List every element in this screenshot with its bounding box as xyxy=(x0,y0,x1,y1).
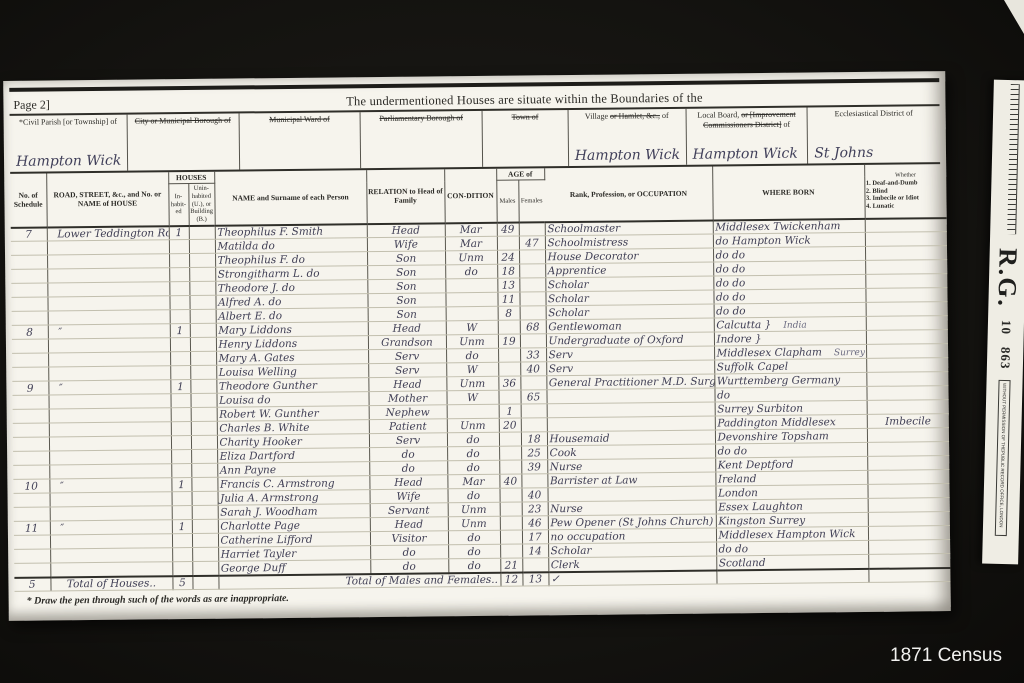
cell-age-male: 8 xyxy=(498,307,520,321)
cell-age-female: 39 xyxy=(521,460,547,474)
cell-inhabited xyxy=(169,240,189,254)
cell-schedule-no xyxy=(11,283,47,297)
cell-age-female xyxy=(521,404,547,418)
cell-uninhabited xyxy=(189,240,215,254)
cell-age-female: 47 xyxy=(519,236,545,250)
cell-condition: Unm xyxy=(446,377,498,392)
cell-relation: Son xyxy=(367,293,445,308)
col-header-inhabited: In-habit-ed xyxy=(168,184,188,227)
cell-age-female: 65 xyxy=(520,390,546,404)
total-males-females-label: Total of Males and Females.. xyxy=(218,573,500,590)
cell-schedule-no xyxy=(11,297,47,311)
field-civil-parish: *Civil Parish [or Township] of Hampton W… xyxy=(10,115,128,172)
cell-relation: Grandson xyxy=(368,335,446,350)
cell-condition: W xyxy=(446,391,498,406)
cell-inhabited: 1 xyxy=(171,478,191,492)
cell-condition: W xyxy=(446,321,498,336)
cell-disability xyxy=(867,400,949,415)
cell-relation: Patient xyxy=(369,419,447,434)
image-caption: 1871 Census xyxy=(890,645,1002,667)
cell-uninhabited xyxy=(189,282,215,296)
cell-where-born: Middlesex Twickenham xyxy=(713,219,865,235)
cell-disability xyxy=(868,498,950,513)
cell-inhabited: 1 xyxy=(170,324,190,338)
cell-age-male: 24 xyxy=(497,251,519,265)
cell-disability xyxy=(866,344,948,359)
cell-schedule-no xyxy=(14,549,50,563)
field-town: Town of xyxy=(483,110,569,167)
cell-road: Lower Teddington Road xyxy=(47,226,169,241)
col-header-disability: Whether 1. Deaf-and-Dumb 2. Blind 3. Imb… xyxy=(864,164,947,219)
cell-uninhabited xyxy=(191,464,217,478)
cell-uninhabited xyxy=(191,450,217,464)
cell-age-male: 19 xyxy=(498,335,520,349)
cell-disability xyxy=(865,232,947,247)
cell-schedule-no xyxy=(12,311,48,325)
census-table: No. of Schedule ROAD, STREET, &c., and N… xyxy=(10,164,950,592)
cell-age-female: 46 xyxy=(522,516,548,530)
cell-relation: Son xyxy=(367,265,445,280)
cell-age-male xyxy=(499,489,521,503)
cell-uninhabited xyxy=(189,226,215,240)
archive-reference-strip: R.G. 10 863 WITHOUT PERMISSION OF THE PU… xyxy=(982,80,1024,565)
field-village-hamlet: Village or Hamlet, &c., of Hampton Wick xyxy=(568,109,686,166)
cell-condition xyxy=(445,279,497,294)
cell-age-female: 68 xyxy=(520,320,546,334)
cell-schedule-no xyxy=(11,241,47,255)
cell-road xyxy=(48,310,170,325)
cell-uninhabited xyxy=(190,338,216,352)
cell-inhabited xyxy=(171,408,191,422)
cell-road xyxy=(50,548,172,563)
col-header-where-born: WHERE BORN xyxy=(712,165,865,221)
cell-age-male xyxy=(499,447,521,461)
cell-relation: do xyxy=(369,447,447,462)
cell-uninhabited xyxy=(190,380,216,394)
cell-uninhabited xyxy=(191,408,217,422)
cell-inhabited xyxy=(172,506,192,520)
cell-age-female xyxy=(520,376,546,390)
cell-condition: do xyxy=(447,447,499,462)
cell-age-female xyxy=(519,222,545,236)
cell-inhabited xyxy=(171,464,191,478)
cell-disability xyxy=(866,372,948,387)
cell-schedule-no xyxy=(12,367,48,381)
cell-condition: Unm xyxy=(448,517,500,532)
cell-disability xyxy=(867,442,949,457)
cell-road xyxy=(49,408,171,423)
cell-inhabited xyxy=(170,352,190,366)
cell-inhabited xyxy=(169,268,189,282)
cell-age-female: 25 xyxy=(521,446,547,460)
cell-relation: Visitor xyxy=(370,531,448,546)
cell-schedule-no: 8 xyxy=(12,325,48,339)
cell-relation: Serv xyxy=(369,433,447,448)
cell-inhabited xyxy=(171,450,191,464)
cell-condition: do xyxy=(447,489,499,504)
cell-disability xyxy=(865,218,947,233)
cell-uninhabited xyxy=(192,520,218,534)
cell-schedule-no: 7 xyxy=(11,227,47,241)
cell-relation: do xyxy=(369,461,447,476)
page-number: Page 2] xyxy=(13,96,153,112)
cell-age-female: 17 xyxy=(522,530,548,544)
cell-uninhabited xyxy=(190,352,216,366)
cell-condition: do xyxy=(447,433,499,448)
cell-inhabited: 1 xyxy=(172,520,192,534)
cell-inhabited xyxy=(171,436,191,450)
cell-disability xyxy=(867,470,949,485)
cell-relation: Serv xyxy=(368,349,446,364)
cell-age-female xyxy=(522,558,548,572)
cell-road: ″ xyxy=(49,478,171,493)
cell-condition: Mar xyxy=(445,237,497,252)
record-group-label: R.G. xyxy=(991,248,1022,309)
cell-uninhabited xyxy=(189,296,215,310)
col-header-relation: RELATION to Head of Family xyxy=(366,169,445,224)
cell-schedule-no xyxy=(12,339,48,353)
cell-uninhabited xyxy=(191,478,217,492)
cell-road xyxy=(48,338,170,353)
cell-age-female xyxy=(519,278,545,292)
cell-relation: Son xyxy=(367,279,445,294)
cell-schedule-no xyxy=(11,255,47,269)
cell-inhabited xyxy=(169,296,189,310)
cell-schedule-no xyxy=(13,409,49,423)
cell-age-female xyxy=(520,306,546,320)
cell-inhabited xyxy=(172,492,192,506)
cell-schedule-no xyxy=(13,437,49,451)
cell-road xyxy=(50,562,172,577)
cell-uninhabited xyxy=(192,548,218,562)
cell-schedule-no xyxy=(11,269,47,283)
cell-relation: Wife xyxy=(367,237,445,252)
cell-road xyxy=(50,534,172,549)
cell-age-female: 14 xyxy=(522,544,548,558)
cell-inhabited xyxy=(170,394,190,408)
cell-uninhabited xyxy=(192,492,218,506)
cell-age-male xyxy=(497,237,519,251)
cell-disability xyxy=(867,428,949,443)
cell-age-male: 11 xyxy=(497,293,519,307)
cell-condition xyxy=(446,307,498,322)
cell-relation: Wife xyxy=(370,489,448,504)
cell-disability xyxy=(868,512,950,527)
cell-condition: Unm xyxy=(445,251,497,266)
cell-relation: Head xyxy=(368,321,446,336)
cell-condition xyxy=(445,293,497,308)
cell-age-male: 20 xyxy=(499,419,521,433)
cell-road: ″ xyxy=(48,380,170,395)
cell-inhabited xyxy=(170,366,190,380)
cell-uninhabited xyxy=(192,534,218,548)
cell-condition: do xyxy=(448,531,500,546)
cell-condition: Mar xyxy=(445,223,497,238)
cell-road xyxy=(47,282,169,297)
cell-schedule-no xyxy=(14,493,50,507)
col-header-condition: CON-DITION xyxy=(444,169,497,224)
total-houses-label: Total of Houses.. xyxy=(50,576,172,591)
cell-road: ″ xyxy=(48,324,170,339)
record-class-number: 10 xyxy=(998,320,1014,335)
cell-disability xyxy=(865,260,947,275)
cell-inhabited: 1 xyxy=(169,226,189,240)
cell-uninhabited xyxy=(189,254,215,268)
total-check-mark: ✓ xyxy=(548,570,716,586)
cell-uninhabited xyxy=(190,324,216,338)
cell-uninhabited xyxy=(190,366,216,380)
cell-condition: W xyxy=(446,363,498,378)
cell-condition: do xyxy=(448,559,500,574)
cell-age-male xyxy=(500,545,522,559)
cell-age-male xyxy=(498,321,520,335)
field-local-board: Local Board, or [Improvement Commissione… xyxy=(686,108,808,165)
cell-schedule-no: 10 xyxy=(13,479,49,493)
cell-condition: do xyxy=(445,265,497,280)
cell-road xyxy=(48,366,170,381)
field-municipal-borough: City or Municipal Borough of xyxy=(127,113,239,170)
cell-road xyxy=(49,464,171,479)
census-page: Page 2] The undermentioned Houses are si… xyxy=(3,71,951,621)
cell-age-male xyxy=(499,433,521,447)
cell-inhabited xyxy=(169,282,189,296)
cell-age-female: 40 xyxy=(521,488,547,502)
cell-age-male: 40 xyxy=(499,475,521,489)
cell-schedule-no xyxy=(14,563,50,577)
col-header-females: Females xyxy=(518,180,544,223)
cell-disability xyxy=(867,484,949,499)
cell-inhabited xyxy=(171,422,191,436)
cell-relation: Son xyxy=(367,251,445,266)
col-header-age: AGE of xyxy=(496,168,544,180)
cell-relation: Servant xyxy=(370,503,448,518)
cell-uninhabited xyxy=(190,394,216,408)
cell-age-female xyxy=(519,292,545,306)
cell-disability xyxy=(868,540,950,555)
cell-age-female: 33 xyxy=(520,348,546,362)
cell-road xyxy=(49,450,171,465)
ecclesiastical-value: St Johns xyxy=(814,145,873,162)
field-parliamentary-borough: Parliamentary Borough of xyxy=(361,111,483,168)
cell-age-male: 36 xyxy=(498,377,520,391)
cell-age-male xyxy=(498,391,520,405)
cell-relation: Nephew xyxy=(369,405,447,420)
cell-schedule-no xyxy=(14,507,50,521)
col-header-schedule: No. of Schedule xyxy=(10,174,47,228)
cell-relation: Head xyxy=(370,517,448,532)
cell-schedule-no: 9 xyxy=(12,381,48,395)
cell-age-female xyxy=(521,418,547,432)
cell-road xyxy=(48,394,170,409)
cell-age-female xyxy=(520,334,546,348)
cell-inhabited xyxy=(172,534,192,548)
cell-uninhabited xyxy=(191,436,217,450)
total-houses-left: 5 xyxy=(14,577,50,591)
cell-condition: do xyxy=(448,545,500,560)
cell-condition: Mar xyxy=(447,475,499,490)
cell-road xyxy=(48,352,170,367)
cell-disability xyxy=(865,288,947,303)
cell-schedule-no xyxy=(13,423,49,437)
field-ecclesiastical-district: Ecclesiastical District of St Johns xyxy=(808,106,940,163)
cell-schedule-no xyxy=(14,535,50,549)
cell-uninhabited xyxy=(190,310,216,324)
cell-relation: Head xyxy=(369,475,447,490)
cell-uninhabited xyxy=(191,422,217,436)
total-houses-value: 5 xyxy=(172,576,192,590)
cell-road xyxy=(47,296,169,311)
cell-disability xyxy=(866,330,948,345)
cell-disability xyxy=(868,526,950,541)
col-header-road: ROAD, STREET, &c., and No. or NAME of HO… xyxy=(46,172,169,227)
boundary-fields: *Civil Parish [or Township] of Hampton W… xyxy=(10,104,941,174)
cell-inhabited xyxy=(172,562,192,576)
col-header-houses: HOUSES xyxy=(168,172,214,184)
cell-disability xyxy=(866,302,948,317)
cell-road xyxy=(47,268,169,283)
cell-schedule-no: 11 xyxy=(14,521,50,535)
cell-disability xyxy=(866,316,948,331)
local-board-value: Hampton Wick xyxy=(692,146,797,163)
cell-age-male xyxy=(499,461,521,475)
cell-age-male xyxy=(500,503,522,517)
cell-relation: Mother xyxy=(368,391,446,406)
col-header-name: NAME and Surname of each Person xyxy=(214,170,367,226)
cell-road xyxy=(49,422,171,437)
cell-schedule-no xyxy=(12,353,48,367)
cell-disability: Imbecile xyxy=(867,414,949,429)
cell-age-female: 40 xyxy=(520,362,546,376)
cell-condition: Unm xyxy=(447,419,499,434)
cell-condition: do xyxy=(447,461,499,476)
cell-inhabited xyxy=(172,548,192,562)
cell-age-female: 18 xyxy=(521,432,547,446)
cell-inhabited xyxy=(170,338,190,352)
cell-relation: do xyxy=(370,545,448,560)
cell-age-male: 18 xyxy=(497,265,519,279)
cell-road xyxy=(49,436,171,451)
total-males: 12 xyxy=(500,573,522,587)
cell-relation: Serv xyxy=(368,363,446,378)
cell-schedule-no xyxy=(12,395,48,409)
cell-condition: Unm xyxy=(446,335,498,350)
cell-schedule-no xyxy=(13,465,49,479)
cell-age-male xyxy=(500,517,522,531)
cell-inhabited xyxy=(169,254,189,268)
col-header-uninhabited: Unin-habited (U.), or Building (B.) xyxy=(188,183,214,226)
cell-age-male: 1 xyxy=(499,405,521,419)
cell-disability xyxy=(865,274,947,289)
cell-age-male xyxy=(498,349,520,363)
cell-road xyxy=(50,492,172,507)
ruler-icon xyxy=(1001,84,1020,234)
col-header-occupation: Rank, Profession, or OCCUPATION xyxy=(544,167,713,223)
cell-condition: do xyxy=(446,349,498,364)
cell-uninhabited xyxy=(192,506,218,520)
census-rows: 7 Lower Teddington Road 1 Theophilus F. … xyxy=(11,218,951,578)
cell-inhabited xyxy=(170,310,190,324)
cell-relation: Head xyxy=(368,377,446,392)
cell-schedule-no xyxy=(13,451,49,465)
cell-disability xyxy=(866,386,948,401)
record-piece-number: 863 xyxy=(997,347,1014,370)
cell-age-female xyxy=(519,264,545,278)
cell-uninhabited xyxy=(192,562,218,576)
cell-road xyxy=(50,506,172,521)
cell-disability xyxy=(866,358,948,373)
field-municipal-ward: Municipal Ward of xyxy=(239,112,361,169)
cell-road xyxy=(47,240,169,255)
cell-disability xyxy=(868,554,950,569)
page-corner-sliver xyxy=(1004,0,1024,34)
copyright-notice: WITHOUT PERMISSION OF THE PUBLIC RECORD … xyxy=(995,379,1010,535)
cell-condition: Unm xyxy=(448,503,500,518)
col-header-males: Males xyxy=(496,180,518,223)
cell-age-female: 23 xyxy=(522,502,548,516)
cell-inhabited: 1 xyxy=(170,380,190,394)
cell-road: ″ xyxy=(50,520,172,535)
cell-age-male: 49 xyxy=(497,223,519,237)
cell-age-male: 21 xyxy=(500,559,522,573)
cell-age-male xyxy=(500,531,522,545)
cell-relation: Head xyxy=(367,223,445,238)
cell-condition xyxy=(447,405,499,420)
cell-age-female xyxy=(521,474,547,488)
cell-relation: do xyxy=(370,559,448,574)
cell-relation: Son xyxy=(368,307,446,322)
village-value: Hampton Wick xyxy=(575,147,680,164)
cell-road xyxy=(47,254,169,269)
total-females: 13 xyxy=(522,572,548,586)
cell-disability xyxy=(865,246,947,261)
civil-parish-value: Hampton Wick xyxy=(16,153,121,170)
cell-age-female xyxy=(519,250,545,264)
cell-age-male xyxy=(498,363,520,377)
cell-disability xyxy=(867,456,949,471)
cell-age-male: 13 xyxy=(497,279,519,293)
cell-uninhabited xyxy=(189,268,215,282)
